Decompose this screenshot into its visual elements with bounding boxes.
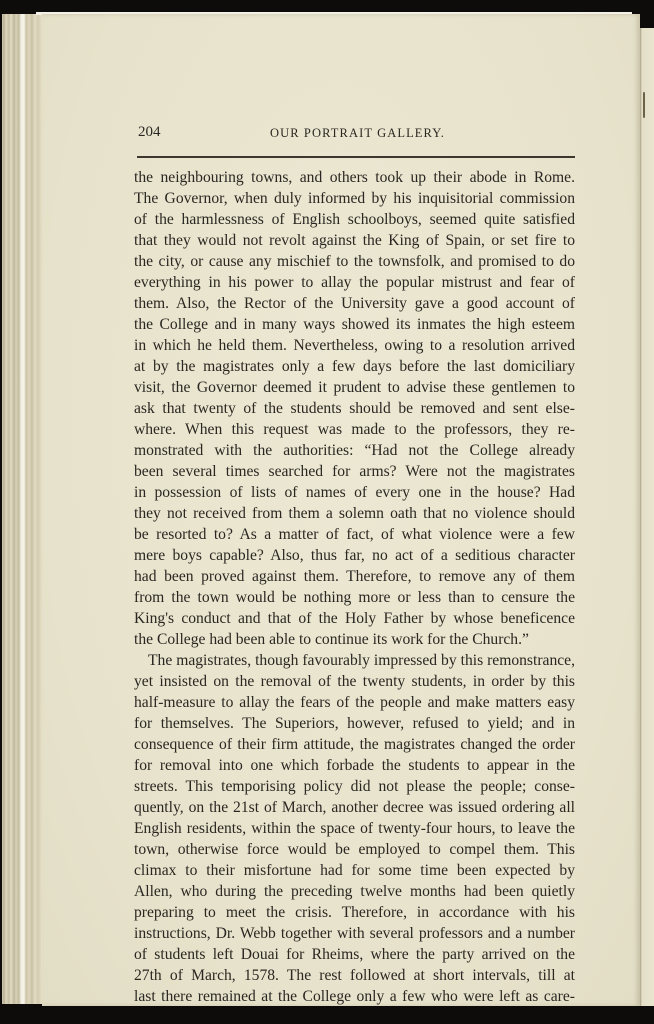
text-line: streets. This temporising policy did not… xyxy=(134,776,575,797)
text-line: Allen, who during the preceding twelve m… xyxy=(134,881,575,902)
text-line: where. When this request was made to the… xyxy=(134,419,575,440)
text-line: in possession of lists of names of every… xyxy=(134,482,575,503)
text-line: in which he held them. Nevertheless, owi… xyxy=(134,335,575,356)
text-line: the neighbouring towns, and others took … xyxy=(134,167,575,188)
text-line: last there remained at the College only … xyxy=(134,986,575,1007)
paragraph-2: The magistrates, though favourably impre… xyxy=(134,650,575,1007)
text-line: the College and in many ways showed its … xyxy=(134,314,575,335)
text-line: everything in his power to allay the pop… xyxy=(134,272,575,293)
text-line: that they would not revolt against the K… xyxy=(134,230,575,251)
text-line: of the harmlessness of English schoolboy… xyxy=(134,209,575,230)
text-line: yet insisted on the removal of the twent… xyxy=(134,671,575,692)
text-line: climax to their misfortune had for some … xyxy=(134,860,575,881)
text-line: quently, on the 21st of March, another d… xyxy=(134,797,575,818)
page-number: 204 xyxy=(138,124,161,141)
text-line: the city, or cause any mischief to the t… xyxy=(134,251,575,272)
body-text: the neighbouring towns, and others took … xyxy=(134,167,575,1007)
gutter-fold-mark xyxy=(643,92,645,118)
text-line: The Governor, when duly informed by his … xyxy=(134,188,575,209)
text-line: instructions, Dr. Webb together with sev… xyxy=(134,923,575,944)
text-line: mere boys capable? Also, thus far, no ac… xyxy=(134,545,575,566)
text-line: the College had been able to continue it… xyxy=(134,629,575,650)
facing-page-edge xyxy=(640,28,654,1006)
text-line: ask that twenty of the students should b… xyxy=(134,398,575,419)
paragraph-1: the neighbouring towns, and others took … xyxy=(134,167,575,650)
text-line: preparing to meet the crisis. Therefore,… xyxy=(134,902,575,923)
header-rule xyxy=(137,156,575,158)
page-stack-edges xyxy=(2,14,42,1004)
text-line: be resorted to? As a matter of fact, of … xyxy=(134,524,575,545)
text-line: English residents, within the space of t… xyxy=(134,818,575,839)
running-title: OUR PORTRAIT GALLERY. xyxy=(270,126,445,141)
text-line: consequence of their firm attitude, the … xyxy=(134,734,575,755)
text-line: had been proved against them. Therefore,… xyxy=(134,566,575,587)
text-line: from the town would be nothing more or l… xyxy=(134,587,575,608)
text-line: they not received from them a solemn oat… xyxy=(134,503,575,524)
text-line: for themselves. The Superiors, however, … xyxy=(134,713,575,734)
text-line: of students left Douai for Rheims, where… xyxy=(134,944,575,965)
text-line: them. Also, the Rector of the University… xyxy=(134,293,575,314)
text-line: visit, the Governor deemed it prudent to… xyxy=(134,377,575,398)
text-line: King's conduct and that of the Holy Fath… xyxy=(134,608,575,629)
text-line: half-measure to allay the fears of the p… xyxy=(134,692,575,713)
running-head: 204 OUR PORTRAIT GALLERY. xyxy=(138,124,578,142)
text-line: monstrated with the authorities: “Had no… xyxy=(134,440,575,461)
text-line: The magistrates, though favourably impre… xyxy=(134,650,575,671)
text-line: been several times searched for arms? We… xyxy=(134,461,575,482)
text-line: for removal into one which forbade the s… xyxy=(134,755,575,776)
text-line: at by the magistrates only a few days be… xyxy=(134,356,575,377)
text-line: 27th of March, 1578. The rest followed a… xyxy=(134,965,575,986)
text-line: town, otherwise force would be employed … xyxy=(134,839,575,860)
